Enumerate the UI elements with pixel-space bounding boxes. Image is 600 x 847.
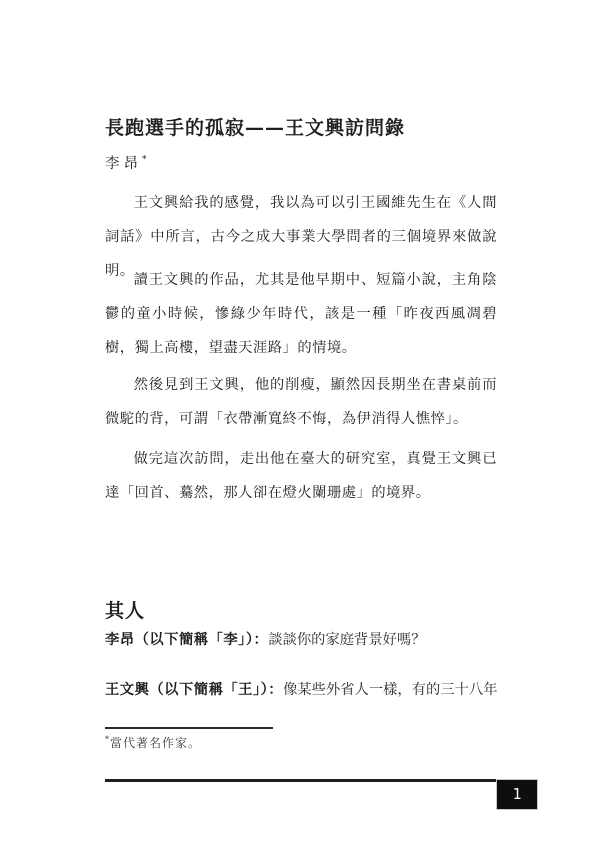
document-page: 長跑選手的孤寂——王文興訪問錄 李昂* 王文興給我的感覺，我以為可以引王國維先生…: [0, 0, 600, 847]
footer-rule: [105, 779, 496, 782]
speaker-label: 王文興（以下簡稱「王」）：: [105, 682, 283, 698]
dialogue-line-2: 王文興（以下簡稱「王」）：像某些外省人一樣，有的三十八年: [105, 673, 505, 707]
page-number: 1: [512, 787, 521, 802]
author-byline: 李昂*: [105, 152, 147, 173]
footnote-separator: [105, 727, 273, 729]
intro-paragraph-4: 做完這次訪問，走出他在臺大的研究室，真覺王文興已達「回首、驀然，那人卻在燈火闌珊…: [105, 442, 497, 510]
intro-paragraph-2: 讀王文興的作品，尤其是他早期中、短篇小說，主角陰鬱的童小時候，慘綠少年時代，該是…: [105, 263, 497, 365]
dialogue-text: 談談你的家庭背景好嗎？: [268, 632, 425, 648]
dialogue-line-1: 李昂（以下簡稱「李」）：談談你的家庭背景好嗎？: [105, 623, 505, 657]
section-heading: 其人: [105, 596, 145, 623]
author-name: 李昂: [105, 156, 142, 172]
footnote: *當代著名作家。: [105, 734, 201, 751]
page-number-box: 1: [496, 779, 538, 810]
footnote-text: 當代著名作家。: [110, 736, 201, 750]
speaker-label: 李昂（以下簡稱「李」）：: [105, 632, 268, 648]
intro-paragraph-3: 然後見到王文興，他的削瘦，顯然因長期坐在書桌前而微駝的背，可謂「衣帶漸寬終不悔，…: [105, 368, 497, 436]
document-title: 長跑選手的孤寂——王文興訪問錄: [105, 113, 405, 140]
dialogue-text: 像某些外省人一樣，有的三十八年: [283, 682, 497, 698]
author-footnote-marker: *: [142, 155, 147, 165]
